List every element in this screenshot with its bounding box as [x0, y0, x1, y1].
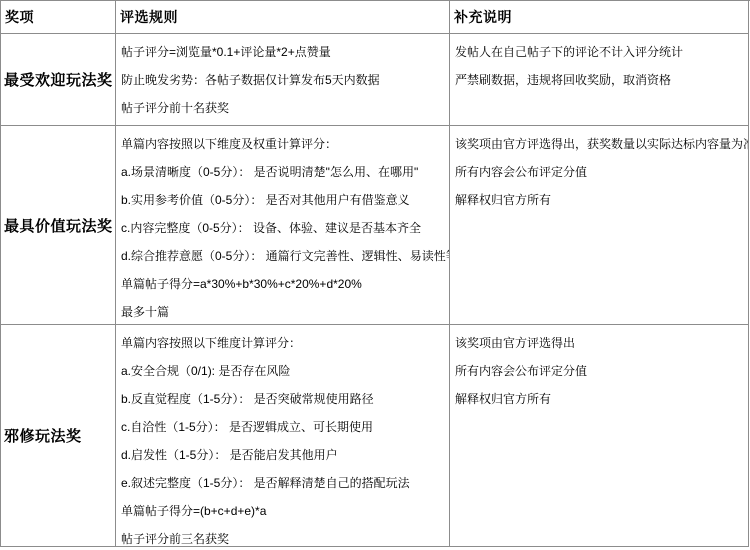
- rule-line: 帖子评分=浏览量*0.1+评论量*2+点赞量: [121, 38, 445, 66]
- rule-line: c.内容完整度（0-5分）： 设备、体验、建议是否基本齐全: [121, 214, 445, 242]
- notes-most-valuable: 该奖项由官方评选得出，获奖数量以实际达标内容量为准 所有内容会公布评定分值 解释…: [450, 126, 749, 325]
- notes-most-popular: 发帖人在自己帖子下的评论不计入评分统计 严禁刷数据，违规将回收奖励，取消资格: [450, 34, 749, 126]
- rule-line: 单篇内容按照以下维度计算评分：: [121, 329, 445, 357]
- rule-line: 最多十篇: [121, 298, 445, 325]
- award-name-unconventional: 邪修玩法奖: [1, 325, 116, 547]
- rule-line: a.安全合规（0/1): 是否存在风险: [121, 357, 445, 385]
- col-header-notes: 补充说明: [450, 1, 749, 34]
- col-header-rules: 评选规则: [116, 1, 450, 34]
- document-page: 奖项 评选规则 补充说明 最受欢迎玩法奖 帖子评分=浏览量*0.1+评论量*2+…: [0, 0, 750, 550]
- rules-unconventional: 单篇内容按照以下维度计算评分： a.安全合规（0/1): 是否存在风险 b.反直…: [116, 325, 450, 547]
- note-line: 解释权归官方所有: [455, 186, 744, 214]
- rule-line: 帖子评分前三名获奖: [121, 525, 445, 547]
- rules-most-valuable: 单篇内容按照以下维度及权重计算评分： a.场景清晰度（0-5分）： 是否说明清楚…: [116, 126, 450, 325]
- note-line: 解释权归官方所有: [455, 385, 744, 413]
- rule-line: b.反直觉程度（1-5分）： 是否突破常规使用路径: [121, 385, 445, 413]
- award-name-most-valuable: 最具价值玩法奖: [1, 126, 116, 325]
- note-line: 所有内容会公布评定分值: [455, 357, 744, 385]
- rule-line: c.自洽性（1-5分）： 是否逻辑成立、可长期使用: [121, 413, 445, 441]
- col-header-award: 奖项: [1, 1, 116, 34]
- rule-line: 单篇帖子得分=a*30%+b*30%+c*20%+d*20%: [121, 270, 445, 298]
- rule-line: a.场景清晰度（0-5分）： 是否说明清楚"怎么用、在哪用": [121, 158, 445, 186]
- note-line: 所有内容会公布评定分值: [455, 158, 744, 186]
- rule-line: 帖子评分前十名获奖: [121, 94, 445, 122]
- rules-most-popular: 帖子评分=浏览量*0.1+评论量*2+点赞量 防止晚发劣势：各帖子数据仅计算发布…: [116, 34, 450, 126]
- notes-unconventional: 该奖项由官方评选得出 所有内容会公布评定分值 解释权归官方所有: [450, 325, 749, 547]
- rule-line: d.综合推荐意愿（0-5分）： 通篇行文完善性、逻辑性、易读性等: [121, 242, 445, 270]
- award-name-most-popular: 最受欢迎玩法奖: [1, 34, 116, 126]
- rule-line: e.叙述完整度（1-5分）： 是否解释清楚自己的搭配玩法: [121, 469, 445, 497]
- awards-table: 奖项 评选规则 补充说明 最受欢迎玩法奖 帖子评分=浏览量*0.1+评论量*2+…: [0, 0, 750, 547]
- note-line: 严禁刷数据，违规将回收奖励，取消资格: [455, 66, 744, 94]
- note-line: 该奖项由官方评选得出: [455, 329, 744, 357]
- note-line: 发帖人在自己帖子下的评论不计入评分统计: [455, 38, 744, 66]
- rule-line: 防止晚发劣势：各帖子数据仅计算发布5天内数据: [121, 66, 445, 94]
- rule-line: 单篇帖子得分=(b+c+d+e)*a: [121, 497, 445, 525]
- rule-line: b.实用参考价值（0-5分）： 是否对其他用户有借鉴意义: [121, 186, 445, 214]
- rule-line: d.启发性（1-5分）： 是否能启发其他用户: [121, 441, 445, 469]
- note-line: 该奖项由官方评选得出，获奖数量以实际达标内容量为准: [455, 130, 744, 158]
- rule-line: 单篇内容按照以下维度及权重计算评分：: [121, 130, 445, 158]
